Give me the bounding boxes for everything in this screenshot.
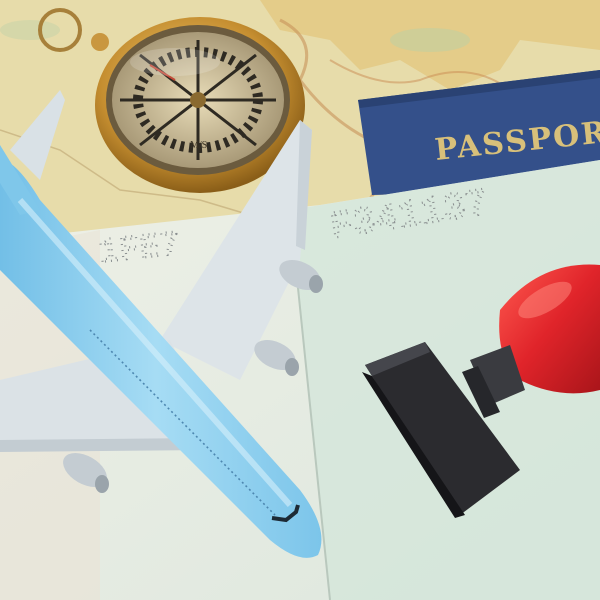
travel-photo: PASSPOR F341137 1FE7 M/S	[0, 0, 600, 600]
photo-canvas: PASSPOR F341137 1FE7 M/S	[0, 0, 600, 600]
compass-dial-label: M/S	[190, 140, 207, 151]
